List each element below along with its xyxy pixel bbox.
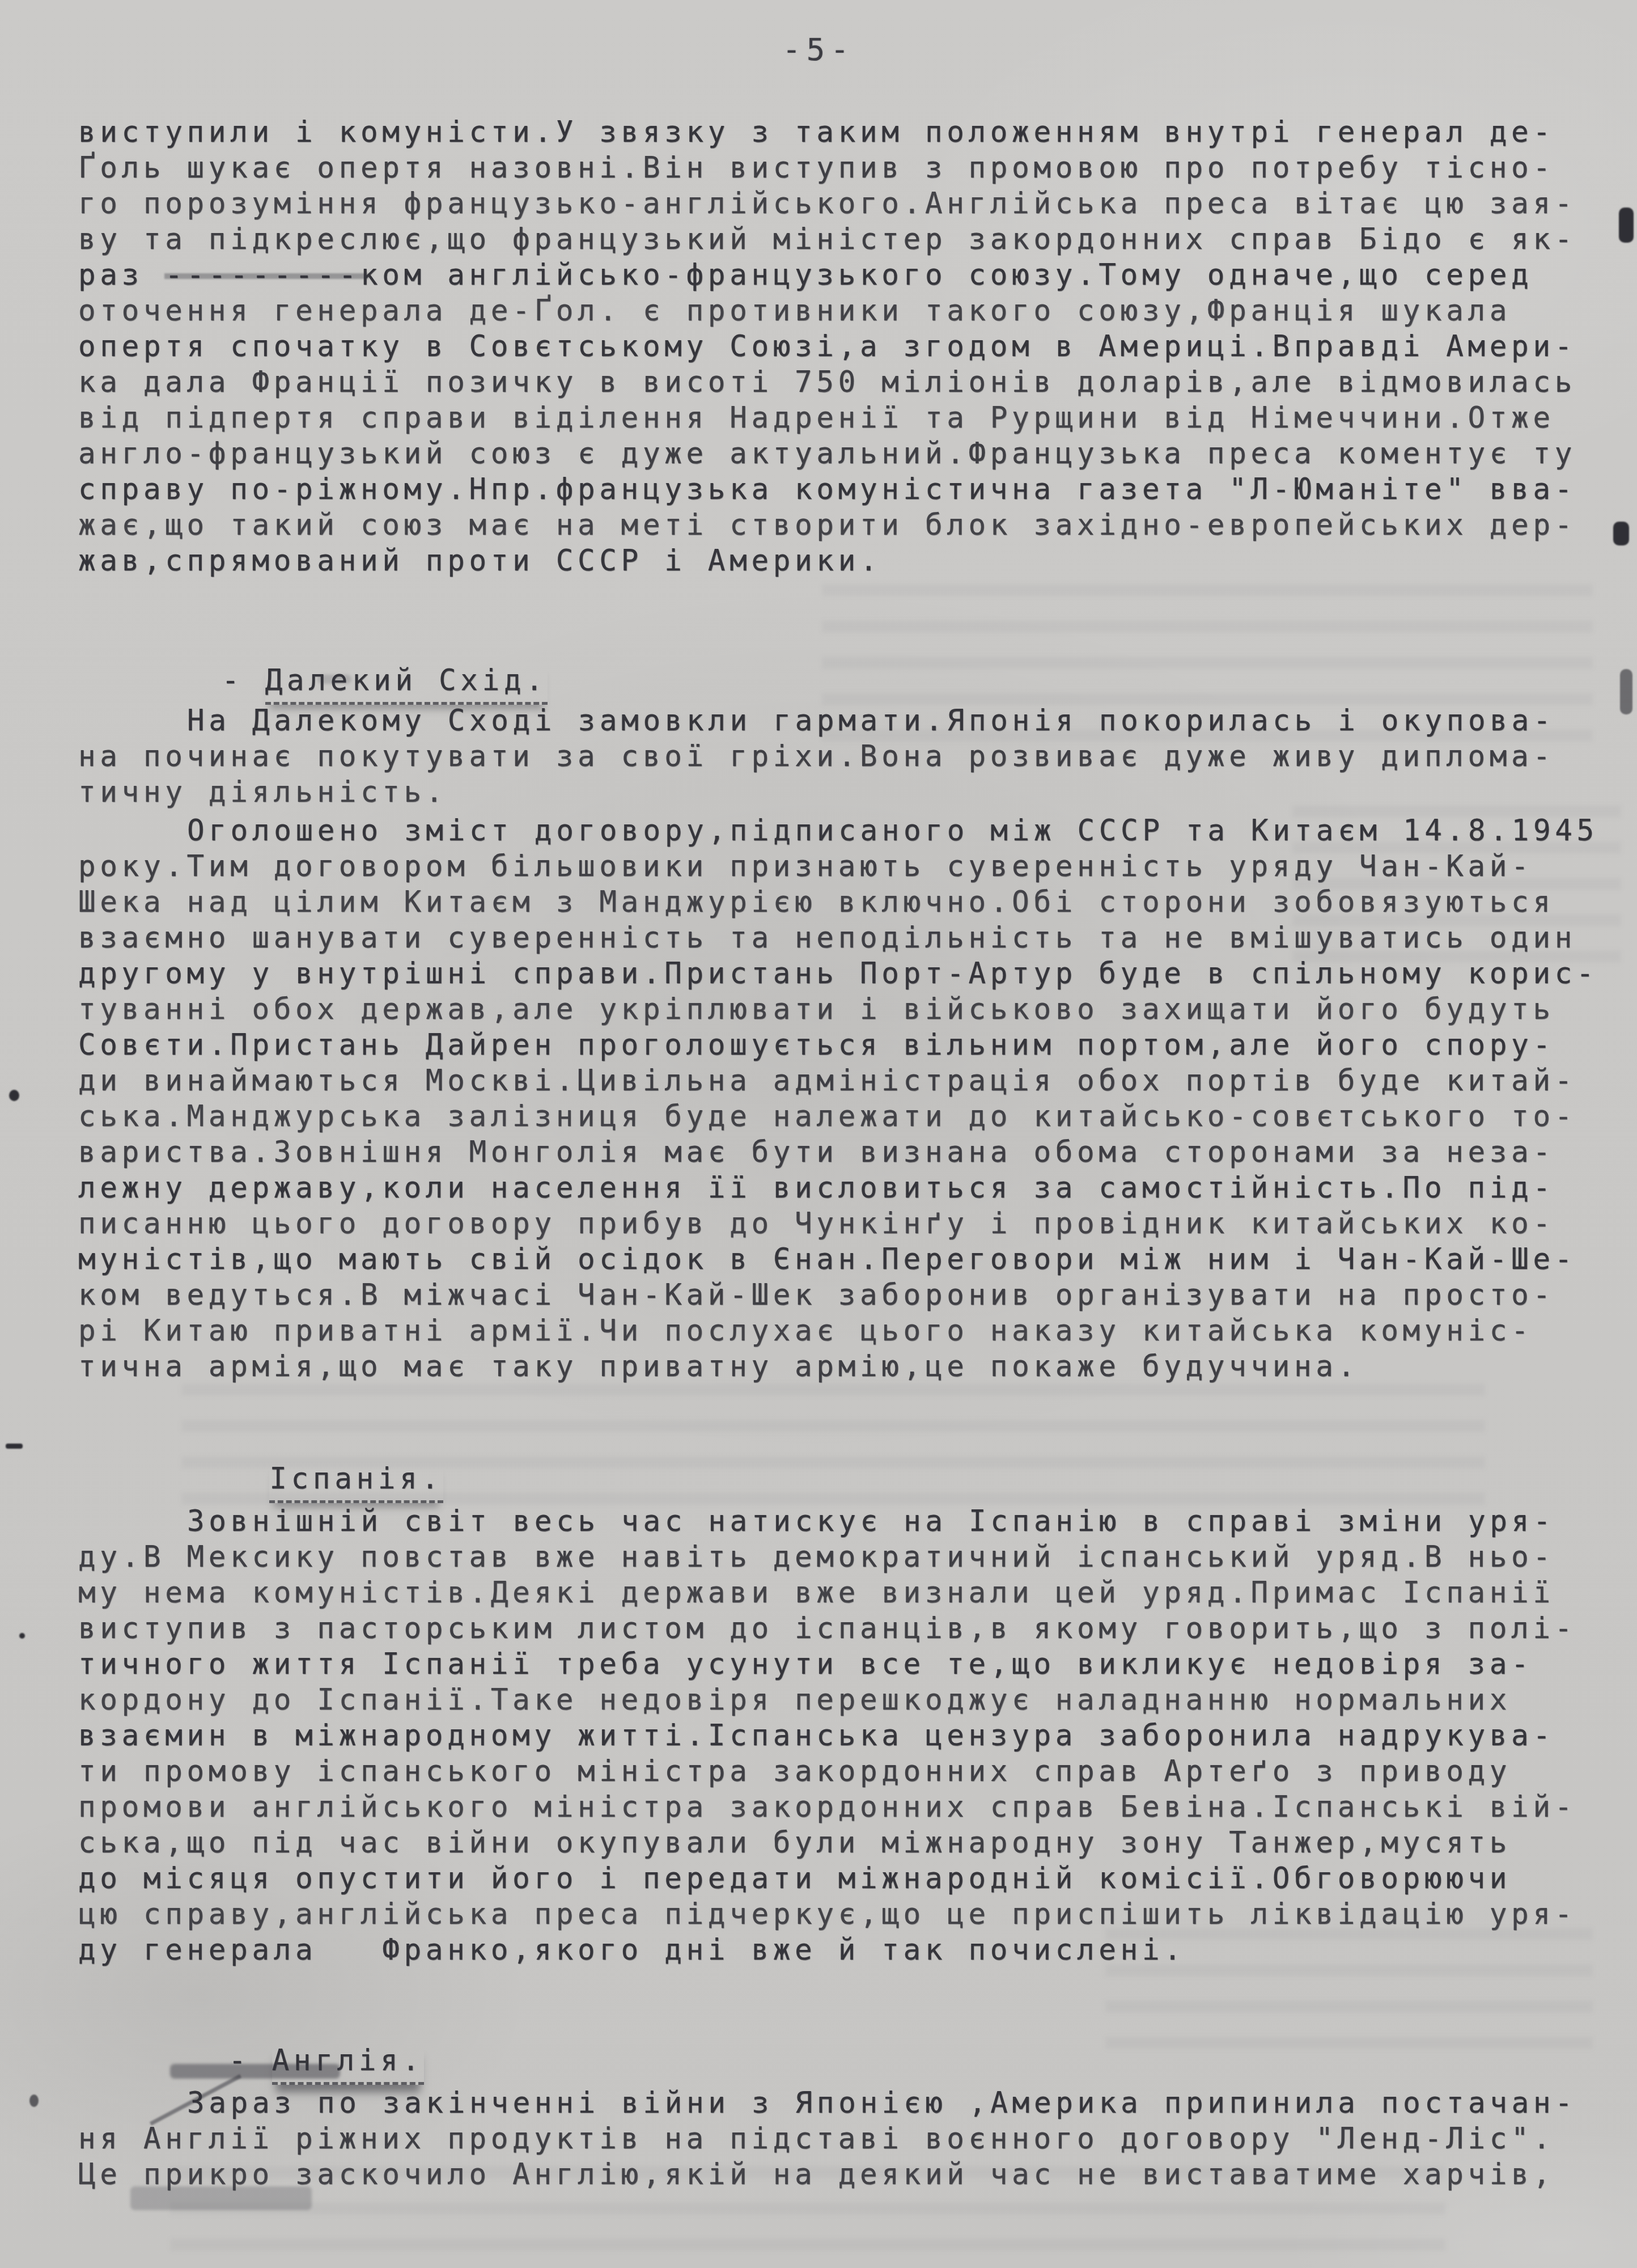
text-line: кордону до Іспанії.Таке недовіря перешко… (78, 1682, 1614, 1718)
text-line: Шека над цілим Китаєм з Манджурією включ… (78, 885, 1614, 920)
text-line: ком ведуться.В міжчасі Чан-Кай-Шек забор… (78, 1277, 1614, 1313)
paragraph-france: виступили і комуністи.У звязку з таким п… (78, 115, 1614, 579)
text-line: На Далекому Сході замовкли гармати.Японі… (78, 703, 1614, 739)
paragraph-far-east-intro: На Далекому Сході замовкли гармати.Японі… (78, 703, 1614, 810)
text-line: виступили і комуністи.У звязку з таким п… (78, 115, 1614, 150)
text-line: вариства.Зовнішня Монголія має бути визн… (78, 1135, 1614, 1170)
text-line: справу по-ріжному.Нпр.французька комуніс… (78, 472, 1614, 507)
text-line: другому у внутрішні справи.Пристань Порт… (78, 956, 1614, 992)
text-line: лежну державу,коли населення її висловит… (78, 1170, 1614, 1206)
text-line: опертя спочатку в Совєтському Союзі,а зг… (78, 329, 1614, 365)
text-line: Совєти.Пристань Дайрен проголошується ві… (78, 1027, 1614, 1063)
page-number: -5- (0, 32, 1637, 67)
text-line: муністів,що мають свій осідок в Єнан.Пер… (78, 1242, 1614, 1277)
paragraph-spain: Зовнішній світ весь час натискує на Іспа… (78, 1504, 1614, 1968)
text-line: взаємно шанувати суверенність та неподіл… (78, 920, 1614, 956)
text-line: промови англійського міністра закордонни… (78, 1789, 1614, 1825)
text-line: жав,спрямований проти СССР і Америки. (78, 543, 1614, 579)
ink-speck (9, 1090, 19, 1101)
pencil-scribble (130, 2186, 312, 2210)
heading-text: Іспанія. (269, 1461, 443, 1503)
text-line: Зовнішній світ весь час натискує на Іспа… (78, 1504, 1614, 1539)
ink-smudge (317, 675, 351, 684)
ink-speck (6, 1444, 23, 1449)
text-line: му нема комуністів.Деякі держави вже виз… (78, 1575, 1614, 1611)
text-line: тичну діяльність. (78, 775, 1614, 810)
heading-text: Далекий Схід. (265, 663, 548, 705)
text-line: ти промову іспанського міністра закордон… (78, 1754, 1614, 1789)
text-line: тична армія,що має таку приватну армію,ц… (78, 1349, 1614, 1385)
text-line: від підпертя справи віділення Надренії т… (78, 400, 1614, 436)
text-line: англо-французький союз є дуже актуальний… (78, 436, 1614, 472)
text-line: тичного життя Іспанії треба усунути все … (78, 1647, 1614, 1682)
text-line: цю справу,англійська преса підчеркує,що … (78, 1897, 1614, 1932)
text-line: го порозуміння французько-англійського.А… (78, 186, 1614, 222)
text-line: ка дала Франції позичку в висоті 750 міл… (78, 365, 1614, 400)
ink-speck (29, 2094, 39, 2107)
text-line: ву та підкреслює,що французький міністер… (78, 222, 1614, 257)
ink-speck (1613, 522, 1629, 545)
text-line: ська.Манджурська залізниця буде належати… (78, 1099, 1614, 1135)
text-line: оточення генерала де-Ґол. є противники т… (78, 293, 1614, 329)
text-line: рі Китаю приватні армії.Чи послухає цьог… (78, 1313, 1614, 1349)
overstruck-word-smudge (164, 273, 368, 279)
heading-dash: - (222, 664, 243, 697)
text-line: ду генерала Франко,якого дні вже й так п… (78, 1932, 1614, 1968)
text-line: ди винаймаються Москві.Цивільна адмініст… (78, 1063, 1614, 1099)
paragraph-england: Зараз по закінченні війни з Японією ,Аме… (78, 2085, 1614, 2193)
text-line: жає,що такий союз має на меті створити б… (78, 507, 1614, 543)
text-line: року.Тим договором більшовики признають … (78, 849, 1614, 885)
ink-speck (1620, 669, 1632, 714)
ink-speck (19, 1633, 25, 1639)
text-line: на починає покутувати за свої гріхи.Вона… (78, 739, 1614, 775)
text-line: туванні обох держав,але укріплювати і ві… (78, 992, 1614, 1027)
paragraph-ussr-china-treaty: Оголошено зміст договору,підписаного між… (78, 813, 1614, 1385)
text-line: Зараз по закінченні війни з Японією ,Аме… (78, 2085, 1614, 2121)
text-line: ду.В Мексику повстав вже навіть демократ… (78, 1539, 1614, 1575)
ink-speck (1619, 208, 1634, 243)
text-line: Оголошено зміст договору,підписаного між… (78, 813, 1614, 849)
heading-underline-smudge (170, 2064, 340, 2079)
text-line: виступив з пасторським листом до іспанці… (78, 1611, 1614, 1647)
text-line: до місяця опустити його і передати міжна… (78, 1861, 1614, 1897)
text-line: Ґоль шукає опертя назовні.Він виступив з… (78, 150, 1614, 186)
document-page: -5- виступили і комуністи.У звязку з так… (0, 0, 1637, 2268)
text-line: писанню цього договору прибув до Чункінґ… (78, 1206, 1614, 1242)
text-line: ська,що під час війни окупували були між… (78, 1825, 1614, 1861)
text-line: ня Англії ріжних продуктів на підставі в… (78, 2121, 1614, 2157)
text-line: взаємин в міжнародному житті.Іспанська ц… (78, 1718, 1614, 1754)
